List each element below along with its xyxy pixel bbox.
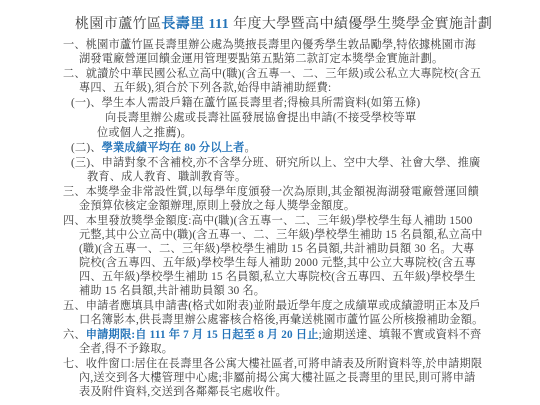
item-4: 四、本里發放獎學金額度:高中(職)(含五專一、二、三年級)學校學生每人補助 15… <box>63 214 484 298</box>
title-suffix: 年度大學暨高中績優學生獎學金實施計劃 <box>233 17 492 32</box>
subitem-2-2: (二)、學業成績平均在 80 分以上者。 <box>71 141 484 155</box>
title-prefix: 桃園市蘆竹區 <box>75 17 161 32</box>
item-5-text: 申請者應填具申請書(格式如附表)並附最近學年度之成績單或成績證明正本及戶口名簿影… <box>79 300 484 326</box>
item-5: 五、申請者應填具申請書(格式如附表)並附最近學年度之成績單或成績證明正本及戶口名… <box>63 299 484 327</box>
item-6-deadline-highlight: 申請期限:自 111 年 7 月 15 日起至 8 月 20 日止 <box>86 329 319 341</box>
subitem-2-2-number: (二)、 <box>71 142 102 154</box>
subitem-2-3-number: (三)、 <box>71 157 102 169</box>
subitem-2-2-highlight: 學業成績平均在 80 分以上者 <box>102 142 245 154</box>
item-2: 二、就讀於中華民國公私立高中(職)(含五專一、二、三年級)或公私立大專院校(含五… <box>63 67 484 95</box>
subitem-2-2-suffix: 。 <box>245 142 256 154</box>
item-2-number: 二、 <box>63 68 86 80</box>
subitem-2-1-line-2: 向長壽里辦公處或長壽社區發展協會提出申請(不接受學校等單 <box>105 111 484 125</box>
subitem-2-1-text: 學生本人需設戶籍在蘆竹區長壽里者;得檢具所需資料(如第五條) <box>102 97 421 109</box>
title-highlight: 長壽里 111 <box>161 17 233 32</box>
item-6-number: 六、 <box>63 329 86 341</box>
item-7: 七、收件窗口:居住在長壽里各公寓大樓社區者,可將申請表及所附資料等,於申請期限內… <box>63 357 484 399</box>
document-page: 桃園市蘆竹區長壽里 111 年度大學暨高中績優學生獎學金實施計劃 一、桃園市蘆竹… <box>0 0 540 405</box>
item-7-number: 七、 <box>63 358 86 370</box>
subitem-2-1-line-3: 位或個人之推薦)。 <box>97 126 484 140</box>
subitem-2-1-line-1: (一)、學生本人需設戶籍在蘆竹區長壽里者;得檢具所需資料(如第五條) <box>71 96 484 110</box>
subitem-2-1-number: (一)、 <box>71 97 102 109</box>
item-4-text: 本里發放獎學金額度:高中(職)(含五專一、二、三年級)學校學生每人補助 1500… <box>79 215 483 297</box>
subitem-2-3: (三)、申請對象不含補校,亦不含學分班、研究所以上、空中大學、社會大學、推廣教育… <box>71 156 484 184</box>
subitem-2-1: (一)、學生本人需設戶籍在蘆竹區長壽里者;得檢具所需資料(如第五條) 向長壽里辦… <box>71 96 484 140</box>
subitem-2-3-text: 申請對象不含補校,亦不含學分班、研究所以上、空中大學、社會大學、推廣教育、成人教… <box>87 157 480 183</box>
item-1: 一、桃園市蘆竹區長壽里辦公處為獎掖長壽里內優秀學生敦品勵學,特依據桃園市海湖發電… <box>63 38 484 66</box>
item-3-number: 三、 <box>63 186 86 198</box>
item-1-text: 桃園市蘆竹區長壽里辦公處為獎掖長壽里內優秀學生敦品勵學,特依據桃園市海湖發電廠營… <box>79 39 476 65</box>
item-4-number: 四、 <box>63 215 86 227</box>
item-3: 三、本獎學金非常設性質,以每學年度頒發一次為原則,其金額視海湖發電廠營運回饋金預… <box>63 185 484 213</box>
item-2-text: 就讀於中華民國公私立高中(職)(含五專一、二、三年級)或公私立大專院校(含五專四… <box>79 68 481 94</box>
item-1-number: 一、 <box>63 39 86 51</box>
item-3-text: 本獎學金非常設性質,以每學年度頒發一次為原則,其金額視海湖發電廠營運回饋金預算依… <box>79 186 479 212</box>
item-5-number: 五、 <box>63 300 86 312</box>
document-title: 桃園市蘆竹區長壽里 111 年度大學暨高中績優學生獎學金實施計劃 <box>75 18 484 32</box>
item-7-text: 收件窗口:居住在長壽里各公寓大樓社區者,可將申請表及所附資料等,於申請期限內,送… <box>79 358 482 398</box>
item-6: 六、申請期限:自 111 年 7 月 15 日起至 8 月 20 日止;逾期送達… <box>63 328 484 356</box>
